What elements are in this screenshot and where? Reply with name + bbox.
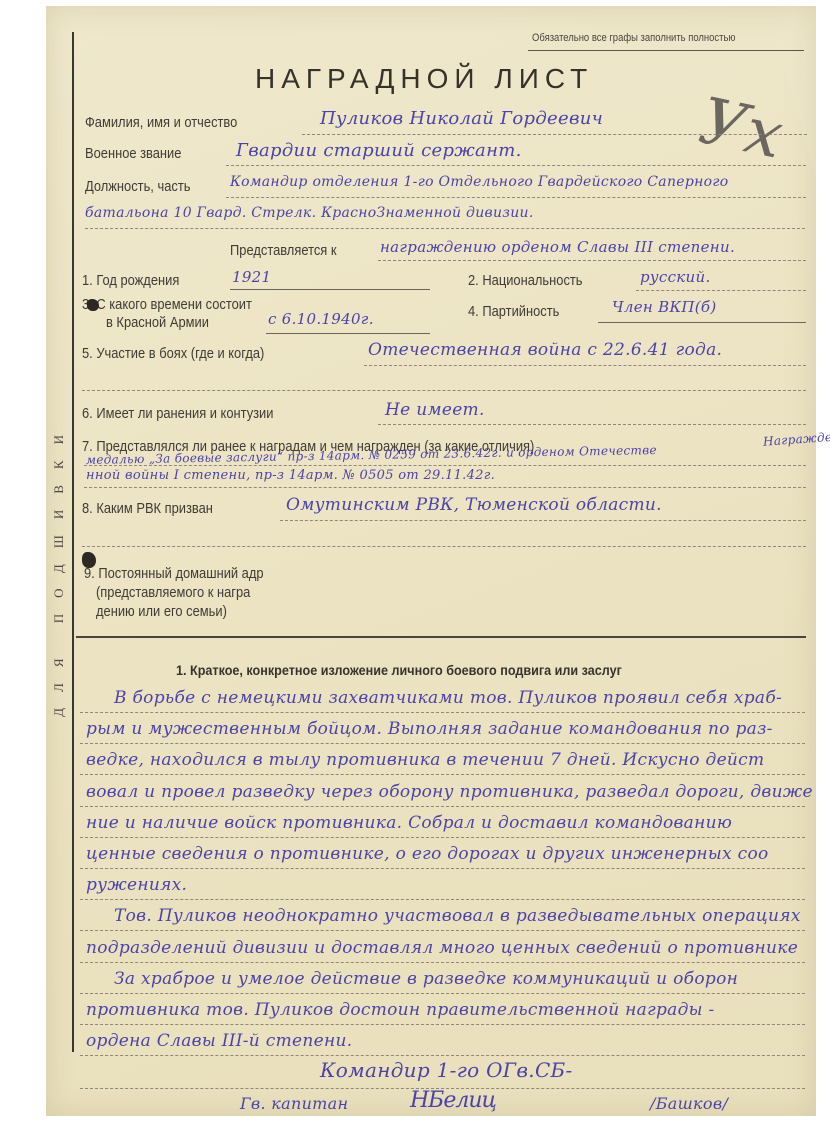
narrative-line: Тов. Пуликов неоднократно участвовал в р…	[114, 906, 801, 926]
paper-fold	[766, 6, 830, 336]
name-value: Пуликов Николай Гордеевич	[320, 108, 603, 129]
narrative-line: противника тов. Пуликов достоин правител…	[86, 1000, 715, 1020]
narrative-rule	[80, 962, 805, 963]
narrative-line: подразделений дивизии и доставлял много …	[86, 938, 798, 958]
birth-year-label: 1. Год рождения	[82, 272, 179, 289]
signature-name: /Башков/	[650, 1094, 728, 1113]
rank-line	[226, 165, 806, 166]
wounds-label: 6. Имеет ли ранения и контузии	[82, 405, 273, 422]
wounds-value: Не имеет.	[385, 400, 485, 420]
narrative-rule	[80, 1024, 805, 1025]
name-label: Фамилия, имя и отчество	[85, 114, 237, 131]
draft-office-value: Омутинским РВК, Тюменской области.	[286, 495, 662, 515]
narrative-rule	[80, 868, 805, 869]
position-value-line2: батальона 10 Гвард. Стрелк. КрасноЗнамен…	[85, 205, 534, 221]
narrative-rule	[80, 837, 805, 838]
draft-office-line	[280, 520, 806, 521]
nominated-label: Представляется к	[230, 242, 337, 259]
left-margin-rule	[72, 32, 74, 1052]
previous-awards-value-2: нной войны I степени, пр-з 14арм. № 0505…	[86, 468, 495, 483]
margin-binding-text: ДЛЯ ПОДШИВКИ	[51, 419, 67, 717]
narrative-rule	[80, 806, 805, 807]
party-value: Член ВКП(б)	[612, 298, 717, 316]
signature-title: Командир 1-го ОГв.СБ-	[320, 1058, 573, 1082]
narrative-line: ведке, находился в тылу противника в теч…	[86, 750, 764, 770]
position-value-line1: Командир отделения 1-го Отдельного Гвард…	[230, 174, 728, 190]
birth-year-line	[230, 289, 430, 290]
nationality-line	[636, 290, 806, 291]
draft-office-label: 8. Каким РВК призван	[82, 500, 213, 517]
battles-line-2	[82, 390, 806, 391]
section-heading: 1. Краткое, конкретное изложение личного…	[176, 662, 622, 678]
margin-binding-label: ДЛЯ ПОДШИВКИ	[48, 398, 70, 738]
narrative-rule	[80, 743, 805, 744]
service-since-value: с 6.10.1940г.	[268, 310, 374, 328]
position-line2	[85, 228, 805, 229]
notice-underline	[528, 50, 804, 51]
previous-awards-line-1	[84, 465, 806, 466]
home-address-label-1: 9. Постоянный домашний адр	[84, 565, 264, 582]
position-label: Должность, часть	[85, 178, 190, 195]
document-title: НАГРАДНОЙ ЛИСТ	[255, 63, 593, 95]
nominated-line	[378, 260, 806, 261]
narrative-line: За храброе и умелое действие в разведке …	[114, 969, 738, 989]
ink-blot	[87, 299, 99, 311]
rank-label: Военное звание	[85, 145, 181, 162]
nationality-value: русский.	[640, 268, 711, 286]
narrative-rule	[80, 712, 805, 713]
draft-office-line-2	[82, 546, 806, 547]
fill-all-fields-notice: Обязательно все графы заполнить полность…	[532, 32, 736, 44]
battles-line-1	[364, 365, 806, 366]
battles-label: 5. Участие в боях (где и когда)	[82, 345, 264, 362]
narrative-line: вовал и провел разведку через оборону пр…	[86, 782, 813, 802]
service-since-label-2: в Красной Армии	[106, 314, 209, 331]
service-since-line	[266, 333, 430, 334]
home-address-label-3: дению или его семьи)	[96, 603, 227, 620]
signature-mark: НБелиц	[410, 1088, 496, 1113]
party-line	[598, 322, 806, 323]
wounds-line	[378, 424, 806, 425]
narrative-rule	[80, 1055, 805, 1056]
position-line1	[226, 197, 806, 198]
narrative-line: ценные сведения о противнике, о его доро…	[86, 844, 769, 864]
nominated-value: награждению орденом Славы III степени.	[380, 238, 735, 256]
narrative-rule	[80, 899, 805, 900]
home-address-label-2: (представляемого к награ	[96, 584, 250, 601]
narrative-line: В борьбе с немецкими захватчиками тов. П…	[114, 688, 782, 708]
narrative-line: рым и мужественным бойцом. Выполняя зада…	[86, 719, 773, 739]
narrative-line: ние и наличие войск противника. Собрал и…	[86, 813, 732, 833]
narrative-rule	[80, 930, 805, 931]
narrative-line: ордена Славы III-й степени.	[86, 1031, 352, 1051]
rank-value: Гвардии старший сержант.	[236, 140, 522, 161]
birth-year-value: 1921	[232, 268, 271, 286]
narrative-rule	[80, 993, 805, 994]
battles-value: Отечественная война с 22.6.41 года.	[368, 340, 722, 360]
narrative-rule	[80, 774, 805, 775]
narrative-line: ружениях.	[86, 875, 187, 895]
nationality-label: 2. Национальность	[468, 272, 583, 289]
signature-rank: Гв. капитан	[240, 1094, 348, 1113]
name-line	[302, 134, 807, 135]
service-since-label-1: 3. С какого времени состоит	[82, 296, 252, 313]
party-label: 4. Партийность	[468, 303, 559, 320]
previous-awards-line-2	[84, 487, 806, 488]
section-divider	[76, 636, 806, 638]
